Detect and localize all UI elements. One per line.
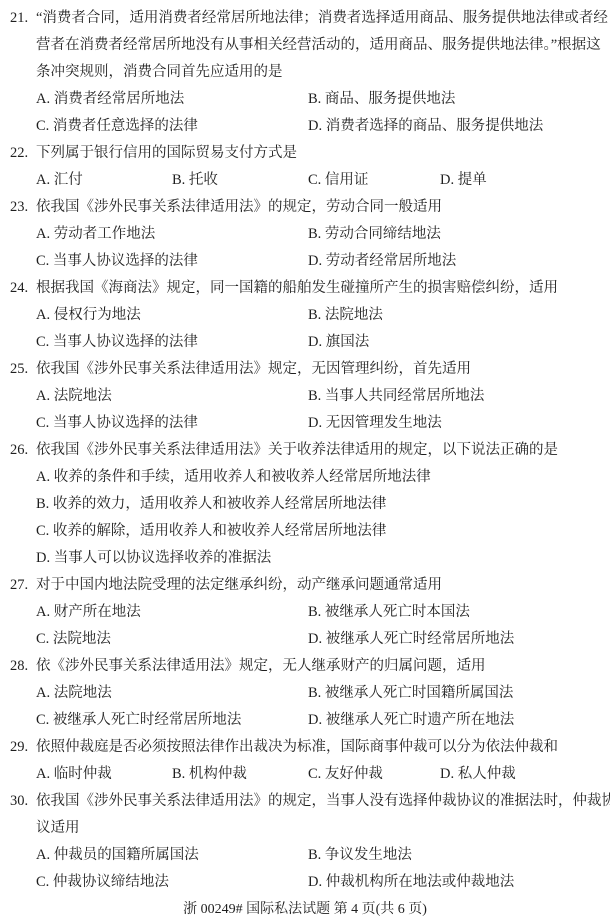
option-a: A. 临时仲裁 <box>36 761 172 788</box>
option-c: C. 被继承人死亡时经常居所地法 <box>36 707 308 734</box>
options-grid: A. 劳动者工作地法 B. 劳动合同缔结地法 C. 当事人协议选择的法律 D. … <box>36 221 600 275</box>
question-stem-line: 营者在消费者经常居所地没有从事相关经营活动的，适用商品、服务提供地法律。”根据这 <box>36 32 600 59</box>
exam-page: 21.“消费者合同，适用消费者经常居所地法律；消费者选择适用商品、服务提供地法律… <box>0 0 610 922</box>
option-c: C. 收养的解除，适用收养人和被收养人经常居所地法律 <box>36 518 600 545</box>
question-26: 26.依我国《涉外民事关系法律适用法》关于收养法律适用的规定，以下说法正确的是 … <box>10 437 600 572</box>
options-grid: A. 财产所在地法 B. 被继承人死亡时本国法 C. 法院地法 D. 被继承人死… <box>36 599 600 653</box>
question-27: 27.对于中国内地法院受理的法定继承纠纷，动产继承问题通常适用 A. 财产所在地… <box>10 572 600 653</box>
question-25: 25.依我国《涉外民事关系法律适用法》规定，无因管理纠纷，首先适用 A. 法院地… <box>10 356 600 437</box>
option-c: C. 当事人协议选择的法律 <box>36 410 308 437</box>
option-b: B. 被继承人死亡时本国法 <box>308 599 600 626</box>
options-grid: A. 法院地法 B. 被继承人死亡时国籍所属国法 C. 被继承人死亡时经常居所地… <box>36 680 600 734</box>
question-text: 依我国《涉外民事关系法律适用法》的规定，劳动合同一般适用 <box>36 199 442 215</box>
option-d: D. 当事人可以协议选择收养的准据法 <box>36 545 600 572</box>
options-grid: A. 收养的条件和手续，适用收养人和被收养人经常居所地法律 B. 收养的效力，适… <box>36 464 600 572</box>
question-29: 29.依照仲裁庭是否必须按照法律作出裁决为标准，国际商事仲裁可以分为依法仲裁和 … <box>10 734 600 788</box>
options-grid: A. 消费者经常居所地法 B. 商品、服务提供地法 C. 消费者任意选择的法律 … <box>36 86 600 140</box>
option-b: B. 被继承人死亡时国籍所属国法 <box>308 680 600 707</box>
question-number: 26. <box>10 437 36 464</box>
option-b: B. 托收 <box>172 167 308 194</box>
question-text: 对于中国内地法院受理的法定继承纠纷，动产继承问题通常适用 <box>36 577 442 593</box>
option-b: B. 法院地法 <box>308 302 600 329</box>
options-grid: A. 侵权行为地法 B. 法院地法 C. 当事人协议选择的法律 D. 旗国法 <box>36 302 600 356</box>
option-d: D. 提单 <box>440 167 600 194</box>
question-number: 28. <box>10 653 36 680</box>
question-24: 24.根据我国《海商法》规定，同一国籍的船舶发生碰撞所产生的损害赔偿纠纷，适用 … <box>10 275 600 356</box>
question-stem-line: 23.依我国《涉外民事关系法律适用法》的规定，劳动合同一般适用 <box>36 194 600 221</box>
options-grid: A. 汇付 B. 托收 C. 信用证 D. 提单 <box>36 167 600 194</box>
options-grid: A. 法院地法 B. 当事人共同经常居所地法 C. 当事人协议选择的法律 D. … <box>36 383 600 437</box>
option-a: A. 财产所在地法 <box>36 599 308 626</box>
option-a: A. 收养的条件和手续，适用收养人和被收养人经常居所地法律 <box>36 464 600 491</box>
option-c: C. 友好仲裁 <box>308 761 440 788</box>
question-stem-line: 28.依《涉外民事关系法律适用法》规定，无人继承财产的归属问题，适用 <box>36 653 600 680</box>
option-b: B. 商品、服务提供地法 <box>308 86 600 113</box>
question-text: 依《涉外民事关系法律适用法》规定，无人继承财产的归属问题，适用 <box>36 658 486 674</box>
option-d: D. 消费者选择的商品、服务提供地法 <box>308 113 600 140</box>
question-stem-line: 27.对于中国内地法院受理的法定继承纠纷，动产继承问题通常适用 <box>36 572 600 599</box>
option-c: C. 当事人协议选择的法律 <box>36 248 308 275</box>
option-d: D. 私人仲裁 <box>440 761 600 788</box>
option-c: C. 仲裁协议缔结地法 <box>36 869 308 896</box>
question-30: 30.依我国《涉外民事关系法律适用法》的规定，当事人没有选择仲裁协议的准据法时，… <box>10 788 600 896</box>
option-d: D. 旗国法 <box>308 329 600 356</box>
question-28: 28.依《涉外民事关系法律适用法》规定，无人继承财产的归属问题，适用 A. 法院… <box>10 653 600 734</box>
question-23: 23.依我国《涉外民事关系法律适用法》的规定，劳动合同一般适用 A. 劳动者工作… <box>10 194 600 275</box>
question-stem-line: 条冲突规则，消费合同首先应适用的是 <box>36 59 600 86</box>
option-a: A. 法院地法 <box>36 680 308 707</box>
question-number: 25. <box>10 356 36 383</box>
options-grid: A. 仲裁员的国籍所属国法 B. 争议发生地法 C. 仲裁协议缔结地法 D. 仲… <box>36 842 600 896</box>
option-d: D. 仲裁机构所在地法或仲裁地法 <box>308 869 600 896</box>
option-d: D. 无因管理发生地法 <box>308 410 600 437</box>
option-a: A. 汇付 <box>36 167 172 194</box>
option-b: B. 劳动合同缔结地法 <box>308 221 600 248</box>
question-stem-line: 22.下列属于银行信用的国际贸易支付方式是 <box>36 140 600 167</box>
question-stem-line: 议适用 <box>36 815 600 842</box>
option-a: A. 仲裁员的国籍所属国法 <box>36 842 308 869</box>
option-b: B. 收养的效力，适用收养人和被收养人经常居所地法律 <box>36 491 600 518</box>
question-22: 22.下列属于银行信用的国际贸易支付方式是 A. 汇付 B. 托收 C. 信用证… <box>10 140 600 194</box>
question-number: 30. <box>10 788 36 815</box>
question-stem-line: 24.根据我国《海商法》规定，同一国籍的船舶发生碰撞所产生的损害赔偿纠纷，适用 <box>36 275 600 302</box>
question-number: 24. <box>10 275 36 302</box>
question-stem-line: 30.依我国《涉外民事关系法律适用法》的规定，当事人没有选择仲裁协议的准据法时，… <box>36 788 600 815</box>
option-b: B. 争议发生地法 <box>308 842 600 869</box>
question-number: 23. <box>10 194 36 221</box>
question-text: 根据我国《海商法》规定，同一国籍的船舶发生碰撞所产生的损害赔偿纠纷，适用 <box>36 280 558 296</box>
question-text: 下列属于银行信用的国际贸易支付方式是 <box>36 145 297 161</box>
option-c: C. 信用证 <box>308 167 440 194</box>
option-c: C. 当事人协议选择的法律 <box>36 329 308 356</box>
question-stem-line: 29.依照仲裁庭是否必须按照法律作出裁决为标准，国际商事仲裁可以分为依法仲裁和 <box>36 734 600 761</box>
options-grid: A. 临时仲裁 B. 机构仲裁 C. 友好仲裁 D. 私人仲裁 <box>36 761 600 788</box>
question-number: 29. <box>10 734 36 761</box>
question-21: 21.“消费者合同，适用消费者经常居所地法律；消费者选择适用商品、服务提供地法律… <box>10 5 600 140</box>
option-d: D. 被继承人死亡时遗产所在地法 <box>308 707 600 734</box>
option-c: C. 消费者任意选择的法律 <box>36 113 308 140</box>
question-text: 依我国《涉外民事关系法律适用法》关于收养法律适用的规定，以下说法正确的是 <box>36 442 558 458</box>
question-number: 22. <box>10 140 36 167</box>
question-text: 依我国《涉外民事关系法律适用法》的规定，当事人没有选择仲裁协议的准据法时，仲裁协 <box>36 793 610 809</box>
option-a: A. 劳动者工作地法 <box>36 221 308 248</box>
option-b: B. 机构仲裁 <box>172 761 308 788</box>
page-footer: 浙 00249# 国际私法试题 第 4 页(共 6 页) <box>10 896 600 922</box>
option-a: A. 法院地法 <box>36 383 308 410</box>
question-stem-line: 26.依我国《涉外民事关系法律适用法》关于收养法律适用的规定，以下说法正确的是 <box>36 437 600 464</box>
question-stem-line: 25.依我国《涉外民事关系法律适用法》规定，无因管理纠纷，首先适用 <box>36 356 600 383</box>
question-stem-line: 21.“消费者合同，适用消费者经常居所地法律；消费者选择适用商品、服务提供地法律… <box>36 5 600 32</box>
question-text: 依照仲裁庭是否必须按照法律作出裁决为标准，国际商事仲裁可以分为依法仲裁和 <box>36 739 558 755</box>
question-text: 依我国《涉外民事关系法律适用法》规定，无因管理纠纷，首先适用 <box>36 361 471 377</box>
question-text: “消费者合同，适用消费者经常居所地法律；消费者选择适用商品、服务提供地法律或者经 <box>36 10 608 26</box>
option-d: D. 劳动者经常居所地法 <box>308 248 600 275</box>
question-number: 21. <box>10 5 36 32</box>
option-c: C. 法院地法 <box>36 626 308 653</box>
option-a: A. 消费者经常居所地法 <box>36 86 308 113</box>
option-b: B. 当事人共同经常居所地法 <box>308 383 600 410</box>
question-number: 27. <box>10 572 36 599</box>
option-a: A. 侵权行为地法 <box>36 302 308 329</box>
option-d: D. 被继承人死亡时经常居所地法 <box>308 626 600 653</box>
